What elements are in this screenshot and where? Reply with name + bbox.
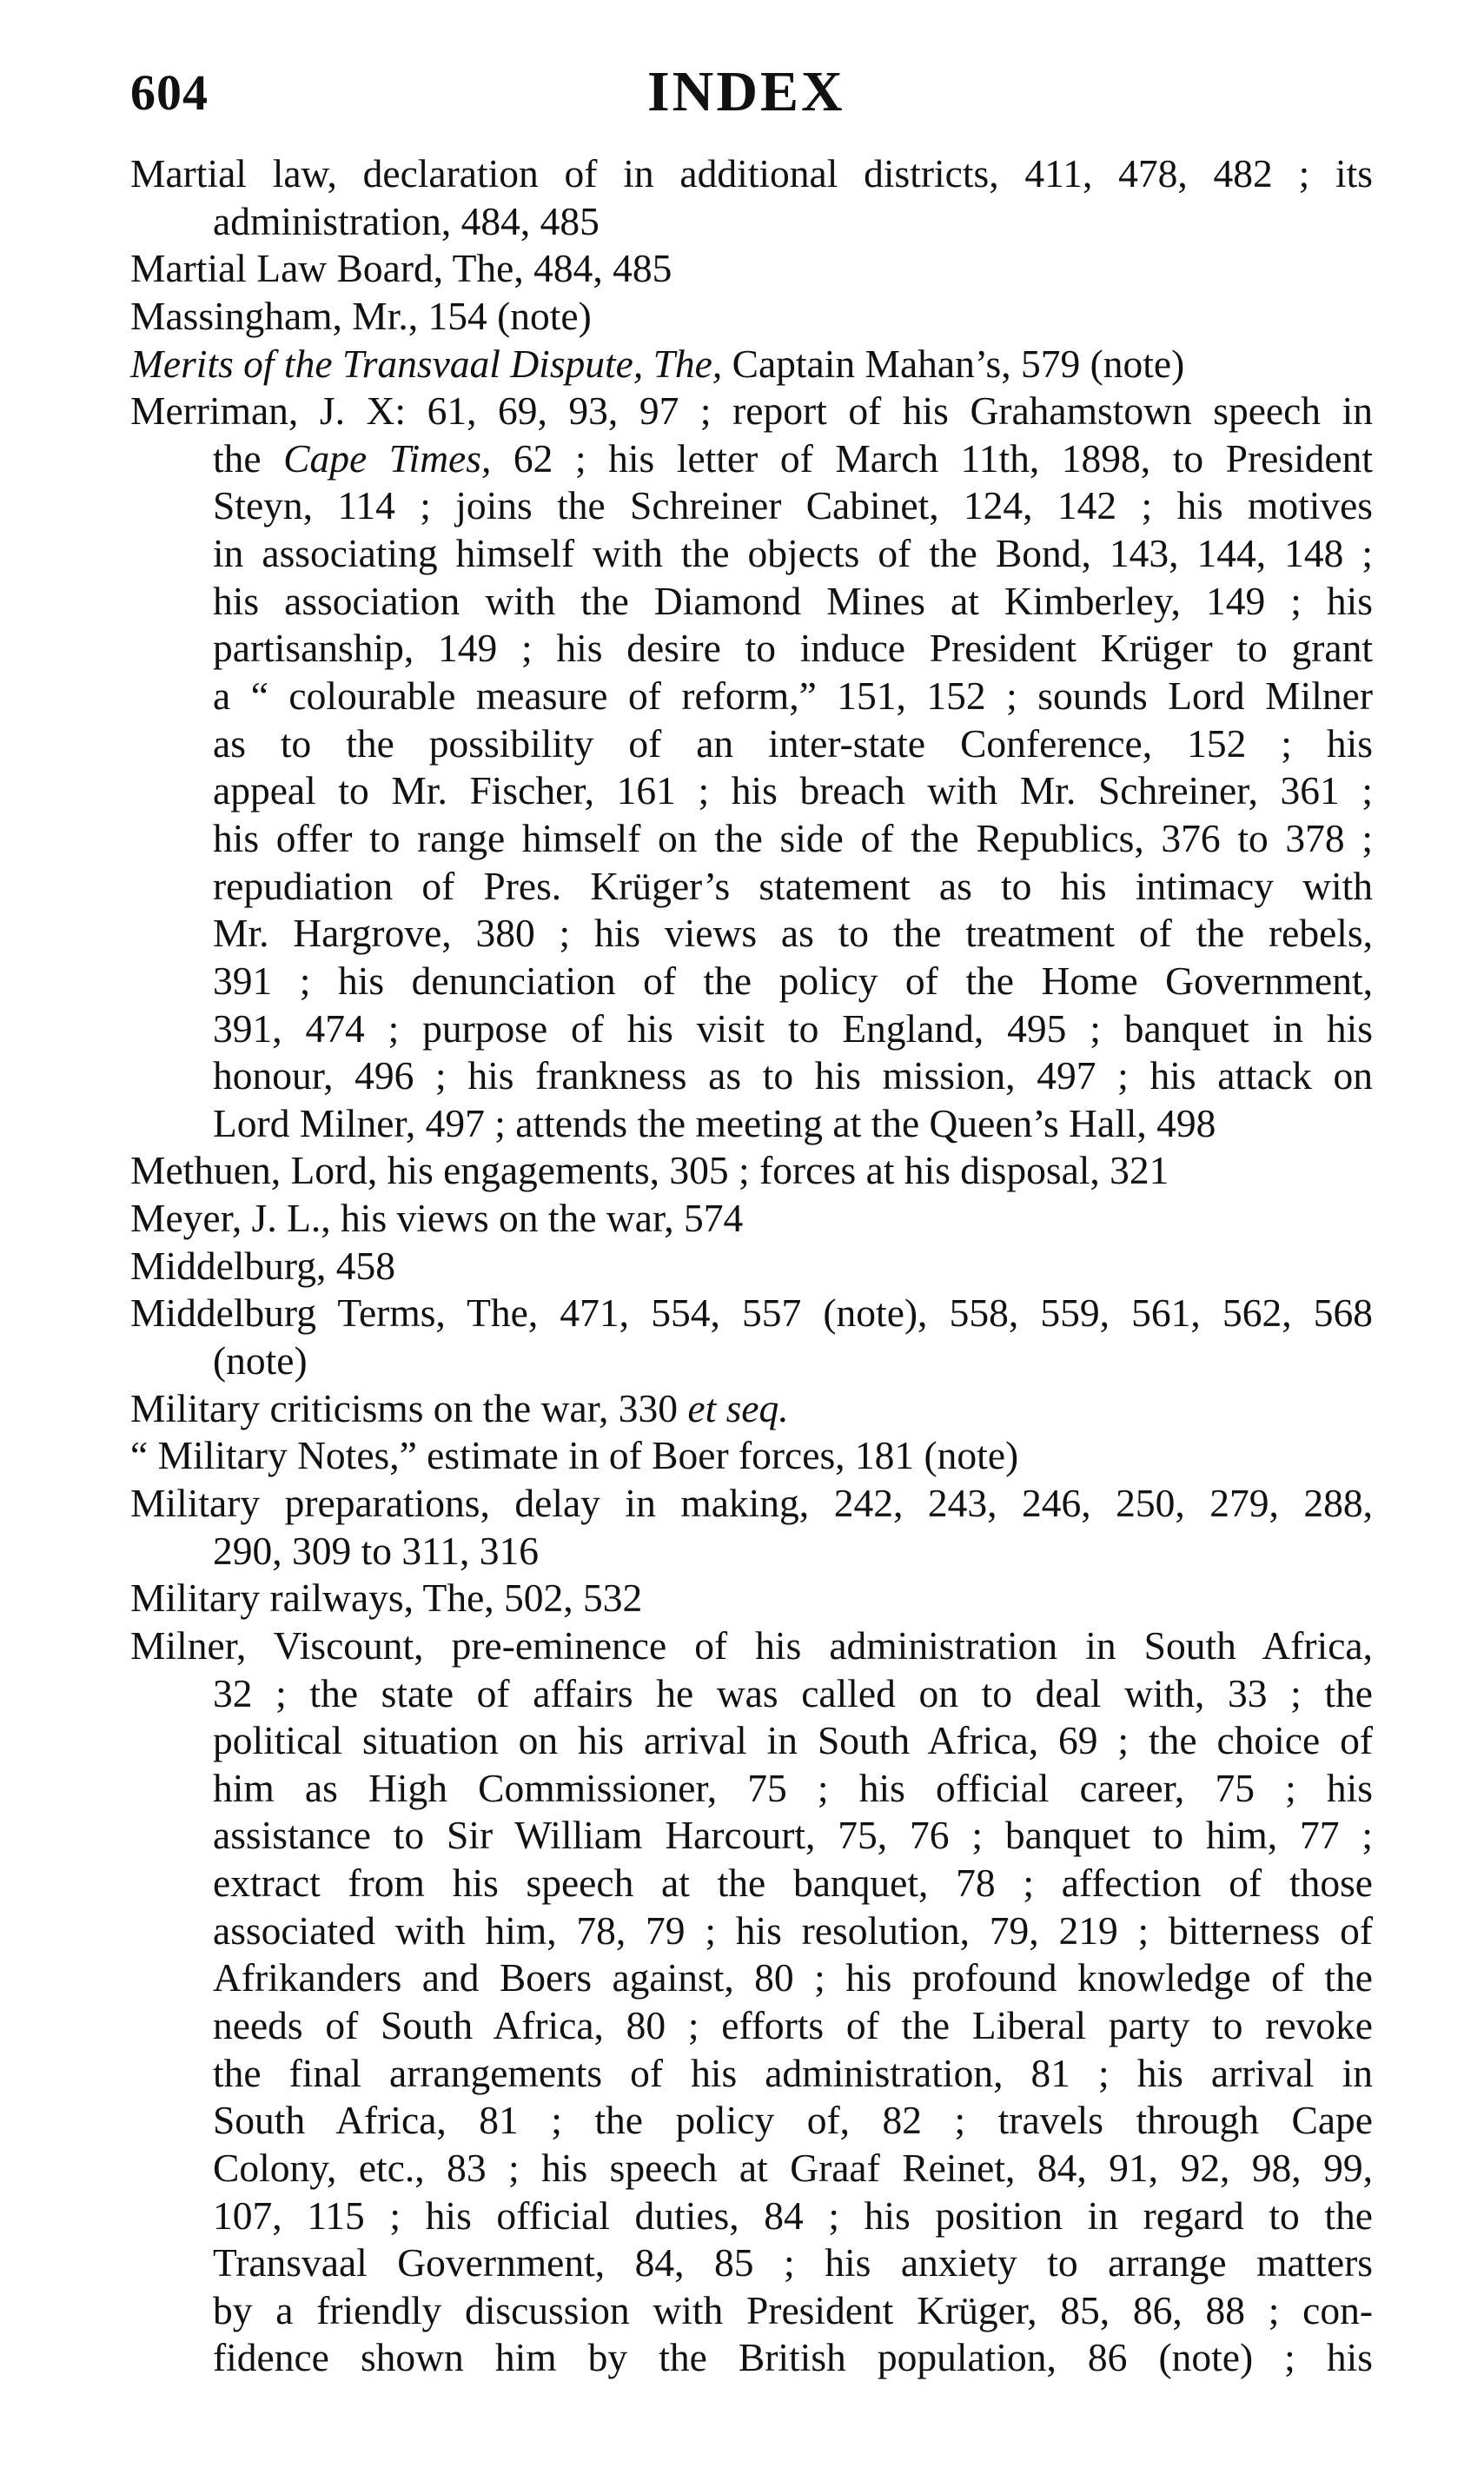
- index-entry-continuation-line: extract from his speech at the banquet, …: [130, 1860, 1373, 1907]
- entry-text: “ Military Notes,” estimate in of Boer f…: [130, 1433, 1018, 1477]
- index-entry-heading-line: Merriman, J. X: 61, 69, 93, 97 ; report …: [130, 388, 1373, 435]
- index-entry-continuation-line: 107, 115 ; his official duties, 84 ; his…: [130, 2193, 1373, 2240]
- entry-text: Lord Milner, 497 ; attends the meeting a…: [213, 1101, 1216, 1145]
- entry-text: repudiation of Pres. Krüger’s statement …: [213, 864, 1373, 908]
- index-entry-continuation-line: 391 ; his denunciation of the policy of …: [130, 958, 1373, 1005]
- index-entry-heading-line: Methuen, Lord, his engagements, 305 ; fo…: [130, 1147, 1373, 1195]
- entry-text: Military criticisms on the war, 330: [130, 1386, 687, 1430]
- index-entry-continuation-line: Colony, etc., 83 ; his speech at Graaf R…: [130, 2145, 1373, 2193]
- index-entry: Military criticisms on the war, 330 et s…: [130, 1385, 1373, 1433]
- index-entry: Meyer, J. L., his views on the war, 574: [130, 1195, 1373, 1243]
- index-entry-continuation-line: a “ colourable measure of reform,” 151, …: [130, 673, 1373, 720]
- index-entry-heading-line: Middelburg Terms, The, 471, 554, 557 (no…: [130, 1290, 1373, 1337]
- page-number: 604: [130, 68, 209, 118]
- entry-text: Steyn, 114 ; joins the Schreiner Cabinet…: [213, 483, 1373, 527]
- index-entry-heading-line: “ Military Notes,” estimate in of Boer f…: [130, 1432, 1373, 1480]
- entry-text: 391 ; his denunciation of the policy of …: [213, 959, 1373, 1003]
- index-entry-heading-line: Milner, Viscount, pre-eminence of his ad…: [130, 1622, 1373, 1670]
- entry-text: 62 ; his letter of March 11th, 1898, to …: [491, 436, 1373, 481]
- entry-text: Afrikanders and Boers against, 80 ; his …: [213, 1955, 1373, 2000]
- index-entry: Middelburg Terms, The, 471, 554, 557 (no…: [130, 1290, 1373, 1384]
- index-entry-continuation-line: associated with him, 78, 79 ; his resolu…: [130, 1907, 1373, 1955]
- entry-text: Mr. Hargrove, 380 ; his views as to the …: [213, 911, 1373, 955]
- entry-text: needs of South Africa, 80 ; efforts of t…: [213, 2003, 1373, 2047]
- entry-text: 32 ; the state of affairs he was called …: [213, 1671, 1373, 1715]
- entry-text: as to the possibility of an inter-state …: [213, 721, 1373, 766]
- index-entry: Methuen, Lord, his engagements, 305 ; fo…: [130, 1147, 1373, 1195]
- index-entry-continuation-line: him as High Commissioner, 75 ; his offic…: [130, 1765, 1373, 1813]
- index-entry-continuation-line: 391, 474 ; purpose of his visit to Engla…: [130, 1005, 1373, 1053]
- entry-text: him as High Commissioner, 75 ; his offic…: [213, 1766, 1373, 1810]
- index-entry: Martial Law Board, The, 484, 485: [130, 245, 1373, 293]
- index-entry-continuation-line: administration, 484, 485: [130, 198, 1373, 246]
- index-entry-heading-line: Military preparations, delay in making, …: [130, 1480, 1373, 1528]
- index-entry-heading-line: Martial Law Board, The, 484, 485: [130, 245, 1373, 293]
- index-entry-continuation-line: appeal to Mr. Fischer, 161 ; his breach …: [130, 767, 1373, 815]
- index-entry: Military railways, The, 502, 532: [130, 1575, 1373, 1622]
- index-entry-continuation-line: his association with the Diamond Mines a…: [130, 578, 1373, 626]
- index-entry-continuation-line: South Africa, 81 ; the policy of, 82 ; t…: [130, 2097, 1373, 2145]
- entry-text: Massingham, Mr., 154 (note): [130, 294, 592, 338]
- entry-text: his association with the Diamond Mines a…: [213, 579, 1373, 623]
- index-entry: “ Military Notes,” estimate in of Boer f…: [130, 1432, 1373, 1480]
- entry-text: in associating himself with the objects …: [213, 531, 1373, 575]
- index-entry-heading-line: Military railways, The, 502, 532: [130, 1575, 1373, 1622]
- entry-text: political situation on his arrival in So…: [213, 1718, 1373, 1762]
- index-entry-heading-line: Meyer, J. L., his views on the war, 574: [130, 1195, 1373, 1243]
- index-entry-continuation-line: as to the possibility of an inter-state …: [130, 720, 1373, 768]
- entry-text: fidence shown him by the British populat…: [213, 2335, 1373, 2379]
- entry-text: Milner, Viscount, pre-eminence of his ad…: [130, 1623, 1373, 1668]
- index-entry-continuation-line: the final arrangements of his administra…: [130, 2050, 1373, 2098]
- entry-text: by a friendly discussion with President …: [213, 2288, 1373, 2332]
- index-body: Martial law, declaration of in additiona…: [130, 150, 1373, 2382]
- index-entry-continuation-line: 32 ; the state of affairs he was called …: [130, 1670, 1373, 1718]
- entry-text: Middelburg, 458: [130, 1244, 395, 1288]
- entry-text: partisanship, 149 ; his desire to induce…: [213, 626, 1373, 670]
- entry-text: Military preparations, delay in making, …: [130, 1481, 1373, 1525]
- entry-text: (note): [213, 1338, 308, 1383]
- running-head-title: INDEX: [647, 63, 845, 121]
- index-entry-continuation-line: his offer to range himself on the side o…: [130, 815, 1373, 863]
- index-entry: Massingham, Mr., 154 (note): [130, 293, 1373, 341]
- italic-title-text: Merits of the Transvaal Dispute, The,: [130, 342, 722, 386]
- entry-text: Middelburg Terms, The, 471, 554, 557 (no…: [130, 1290, 1373, 1335]
- entry-text: administration, 484, 485: [213, 199, 600, 243]
- index-entry-heading-line: Martial law, declaration of in additiona…: [130, 150, 1373, 198]
- entry-text: Military railways, The, 502, 532: [130, 1576, 642, 1620]
- index-entry-continuation-line: Lord Milner, 497 ; attends the meeting a…: [130, 1100, 1373, 1148]
- entry-text: a “ colourable measure of reform,” 151, …: [213, 673, 1373, 718]
- index-entry-continuation-line: repudiation of Pres. Krüger’s statement …: [130, 863, 1373, 911]
- entry-text: Captain Mahan’s, 579 (note): [722, 342, 1184, 386]
- index-entry-continuation-line: Mr. Hargrove, 380 ; his views as to the …: [130, 910, 1373, 958]
- index-entry: Merits of the Transvaal Dispute, The, Ca…: [130, 341, 1373, 388]
- entry-text: Merriman, J. X: 61, 69, 93, 97 ; report …: [130, 388, 1373, 433]
- entry-text: assistance to Sir William Harcourt, 75, …: [213, 1813, 1373, 1857]
- entry-text: Methuen, Lord, his engagements, 305 ; fo…: [130, 1148, 1169, 1192]
- index-entry-continuation-line: Afrikanders and Boers against, 80 ; his …: [130, 1954, 1373, 2002]
- italic-title-text: Cape Times,: [283, 436, 491, 481]
- index-entry-continuation-line: in associating himself with the objects …: [130, 530, 1373, 578]
- index-entry-continuation-line: partisanship, 149 ; his desire to induce…: [130, 625, 1373, 673]
- index-entry-continuation-line: needs of South Africa, 80 ; efforts of t…: [130, 2002, 1373, 2050]
- index-entry-continuation-line: by a friendly discussion with President …: [130, 2287, 1373, 2335]
- italic-title-text: et seq.: [687, 1386, 788, 1430]
- entry-text: appeal to Mr. Fischer, 161 ; his breach …: [213, 768, 1373, 813]
- page-header: 604 INDEX: [0, 0, 1484, 139]
- index-entry: Merriman, J. X: 61, 69, 93, 97 ; report …: [130, 388, 1373, 1147]
- entry-text: Colony, etc., 83 ; his speech at Graaf R…: [213, 2146, 1373, 2190]
- index-entry: Military preparations, delay in making, …: [130, 1480, 1373, 1575]
- entry-text: the: [213, 436, 283, 481]
- index-entry-continuation-line: assistance to Sir William Harcourt, 75, …: [130, 1812, 1373, 1860]
- index-entry: Middelburg, 458: [130, 1243, 1373, 1290]
- index-entry-continuation-line: 290, 309 to 311, 316: [130, 1528, 1373, 1576]
- index-entry-continuation-line: the Cape Times, 62 ; his letter of March…: [130, 435, 1373, 483]
- entry-text: extract from his speech at the banquet, …: [213, 1861, 1373, 1905]
- entry-text: 290, 309 to 311, 316: [213, 1529, 539, 1573]
- entry-text: Martial Law Board, The, 484, 485: [130, 246, 672, 290]
- entry-text: Martial law, declaration of in additiona…: [130, 151, 1373, 196]
- entry-text: associated with him, 78, 79 ; his resolu…: [213, 1908, 1373, 1953]
- index-entry-heading-line: Massingham, Mr., 154 (note): [130, 293, 1373, 341]
- index-entry-continuation-line: (note): [130, 1337, 1373, 1385]
- index-entry-continuation-line: Transvaal Government, 84, 85 ; his anxie…: [130, 2239, 1373, 2287]
- index-entry-continuation-line: honour, 496 ; his frankness as to his mi…: [130, 1052, 1373, 1100]
- entry-text: his offer to range himself on the side o…: [213, 816, 1373, 860]
- entry-text: South Africa, 81 ; the policy of, 82 ; t…: [213, 2098, 1373, 2142]
- index-entry-continuation-line: Steyn, 114 ; joins the Schreiner Cabinet…: [130, 482, 1373, 530]
- index-entry-continuation-line: political situation on his arrival in So…: [130, 1717, 1373, 1765]
- entry-text: 391, 474 ; purpose of his visit to Engla…: [213, 1006, 1373, 1051]
- entry-text: 107, 115 ; his official duties, 84 ; his…: [213, 2193, 1373, 2238]
- entry-text: Meyer, J. L., his views on the war, 574: [130, 1196, 743, 1240]
- index-entry-heading-line: Merits of the Transvaal Dispute, The, Ca…: [130, 341, 1373, 388]
- entry-text: honour, 496 ; his frankness as to his mi…: [213, 1053, 1373, 1098]
- index-entry: Milner, Viscount, pre-eminence of his ad…: [130, 1622, 1373, 2382]
- index-entry-heading-line: Middelburg, 458: [130, 1243, 1373, 1290]
- index-entry: Martial law, declaration of in additiona…: [130, 150, 1373, 245]
- index-entry-heading-line: Military criticisms on the war, 330 et s…: [130, 1385, 1373, 1433]
- entry-text: Transvaal Government, 84, 85 ; his anxie…: [213, 2240, 1373, 2285]
- entry-text: the final arrangements of his administra…: [213, 2051, 1373, 2095]
- index-entry-continuation-line: fidence shown him by the British populat…: [130, 2334, 1373, 2382]
